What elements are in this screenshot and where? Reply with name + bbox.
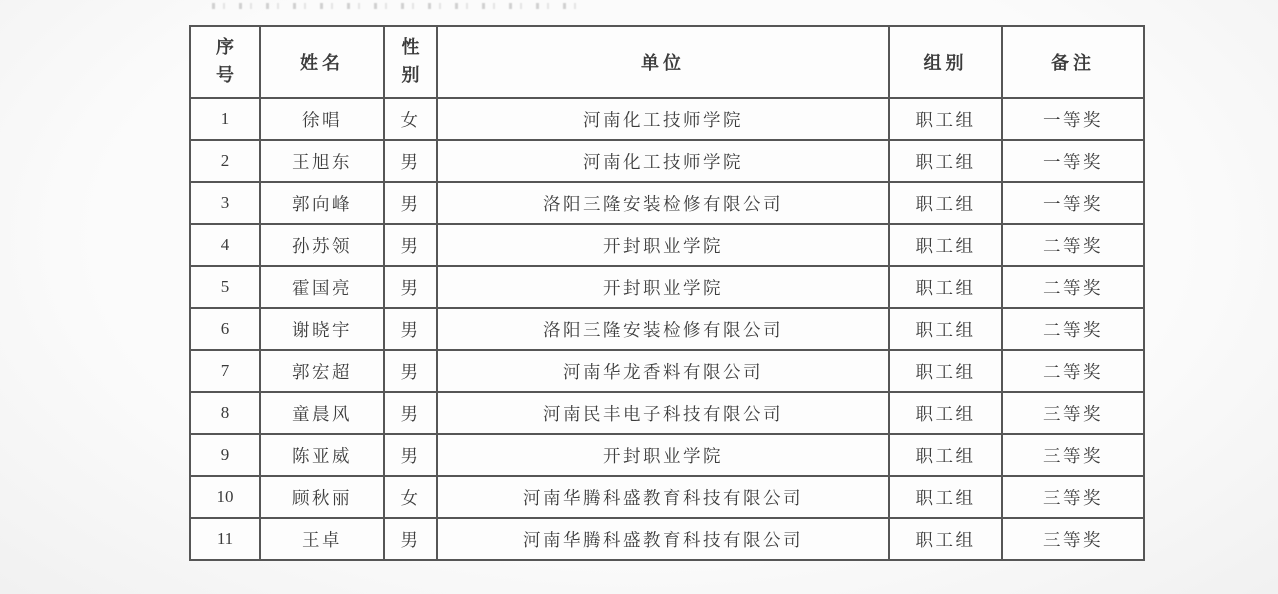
cell-remark: 一等奖 bbox=[1002, 98, 1144, 140]
cell-unit: 河南华龙香料有限公司 bbox=[437, 350, 889, 392]
cell-group: 职工组 bbox=[889, 98, 1002, 140]
cell-gender: 男 bbox=[384, 140, 437, 182]
cell-unit: 河南华腾科盛教育科技有限公司 bbox=[437, 476, 889, 518]
cell-name: 陈亚威 bbox=[260, 434, 384, 476]
cell-serial-number: 5 bbox=[190, 266, 260, 308]
table-row: 11 王卓 男 河南华腾科盛教育科技有限公司 职工组 三等奖 bbox=[190, 518, 1144, 560]
cell-serial-number: 8 bbox=[190, 392, 260, 434]
cell-name: 王卓 bbox=[260, 518, 384, 560]
header-gender: 性 别 bbox=[384, 26, 437, 98]
cell-name: 孙苏领 bbox=[260, 224, 384, 266]
cell-unit: 洛阳三隆安装检修有限公司 bbox=[437, 308, 889, 350]
header-serial-number: 序 号 bbox=[190, 26, 260, 98]
cell-remark: 三等奖 bbox=[1002, 392, 1144, 434]
cell-gender: 男 bbox=[384, 266, 437, 308]
cell-remark: 三等奖 bbox=[1002, 434, 1144, 476]
cell-name: 谢晓宇 bbox=[260, 308, 384, 350]
cell-group: 职工组 bbox=[889, 308, 1002, 350]
cell-name: 顾秋丽 bbox=[260, 476, 384, 518]
table-row: 9 陈亚威 男 开封职业学院 职工组 三等奖 bbox=[190, 434, 1144, 476]
cell-gender: 男 bbox=[384, 434, 437, 476]
header-name: 姓名 bbox=[260, 26, 384, 98]
cell-name: 童晨风 bbox=[260, 392, 384, 434]
cell-gender: 男 bbox=[384, 182, 437, 224]
header-group: 组别 bbox=[889, 26, 1002, 98]
table-row: 1 徐唱 女 河南化工技师学院 职工组 一等奖 bbox=[190, 98, 1144, 140]
cell-serial-number: 3 bbox=[190, 182, 260, 224]
cell-name: 徐唱 bbox=[260, 98, 384, 140]
header-unit: 单位 bbox=[437, 26, 889, 98]
table-header: 序 号 姓名 性 别 单位 组别 备注 bbox=[190, 26, 1144, 98]
cell-unit: 洛阳三隆安装检修有限公司 bbox=[437, 182, 889, 224]
table-row: 3 郭向峰 男 洛阳三隆安装检修有限公司 职工组 一等奖 bbox=[190, 182, 1144, 224]
cell-serial-number: 7 bbox=[190, 350, 260, 392]
table-row: 2 王旭东 男 河南化工技师学院 职工组 一等奖 bbox=[190, 140, 1144, 182]
cell-remark: 三等奖 bbox=[1002, 518, 1144, 560]
cell-unit: 河南华腾科盛教育科技有限公司 bbox=[437, 518, 889, 560]
cropped-title-fragment bbox=[212, 3, 590, 9]
cell-group: 职工组 bbox=[889, 140, 1002, 182]
cell-remark: 一等奖 bbox=[1002, 182, 1144, 224]
table-row: 7 郭宏超 男 河南华龙香料有限公司 职工组 二等奖 bbox=[190, 350, 1144, 392]
header-row: 序 号 姓名 性 别 单位 组别 备注 bbox=[190, 26, 1144, 98]
cell-remark: 二等奖 bbox=[1002, 350, 1144, 392]
cell-serial-number: 10 bbox=[190, 476, 260, 518]
cell-gender: 女 bbox=[384, 98, 437, 140]
header-remark: 备注 bbox=[1002, 26, 1144, 98]
cell-gender: 女 bbox=[384, 476, 437, 518]
cell-gender: 男 bbox=[384, 518, 437, 560]
table-body: 1 徐唱 女 河南化工技师学院 职工组 一等奖 2 王旭东 男 河南化工技师学院… bbox=[190, 98, 1144, 560]
cell-unit: 开封职业学院 bbox=[437, 224, 889, 266]
table-row: 4 孙苏领 男 开封职业学院 职工组 二等奖 bbox=[190, 224, 1144, 266]
table-row: 5 霍国亮 男 开封职业学院 职工组 二等奖 bbox=[190, 266, 1144, 308]
cell-group: 职工组 bbox=[889, 518, 1002, 560]
cell-unit: 河南化工技师学院 bbox=[437, 98, 889, 140]
cell-remark: 三等奖 bbox=[1002, 476, 1144, 518]
cell-gender: 男 bbox=[384, 224, 437, 266]
cell-serial-number: 11 bbox=[190, 518, 260, 560]
cell-unit: 河南民丰电子科技有限公司 bbox=[437, 392, 889, 434]
cell-serial-number: 4 bbox=[190, 224, 260, 266]
cell-group: 职工组 bbox=[889, 392, 1002, 434]
cell-unit: 河南化工技师学院 bbox=[437, 140, 889, 182]
cell-group: 职工组 bbox=[889, 266, 1002, 308]
cell-name: 王旭东 bbox=[260, 140, 384, 182]
cell-gender: 男 bbox=[384, 350, 437, 392]
cell-group: 职工组 bbox=[889, 224, 1002, 266]
table-row: 6 谢晓宇 男 洛阳三隆安装检修有限公司 职工组 二等奖 bbox=[190, 308, 1144, 350]
cell-remark: 二等奖 bbox=[1002, 224, 1144, 266]
cell-serial-number: 1 bbox=[190, 98, 260, 140]
cell-remark: 二等奖 bbox=[1002, 308, 1144, 350]
cell-unit: 开封职业学院 bbox=[437, 434, 889, 476]
cell-unit: 开封职业学院 bbox=[437, 266, 889, 308]
table-row: 10 顾秋丽 女 河南华腾科盛教育科技有限公司 职工组 三等奖 bbox=[190, 476, 1144, 518]
cell-remark: 二等奖 bbox=[1002, 266, 1144, 308]
cell-group: 职工组 bbox=[889, 434, 1002, 476]
cell-name: 霍国亮 bbox=[260, 266, 384, 308]
cell-name: 郭向峰 bbox=[260, 182, 384, 224]
cell-gender: 男 bbox=[384, 308, 437, 350]
cell-group: 职工组 bbox=[889, 476, 1002, 518]
cell-remark: 一等奖 bbox=[1002, 140, 1144, 182]
cell-serial-number: 2 bbox=[190, 140, 260, 182]
cell-serial-number: 6 bbox=[190, 308, 260, 350]
cell-group: 职工组 bbox=[889, 350, 1002, 392]
cell-name: 郭宏超 bbox=[260, 350, 384, 392]
cell-serial-number: 9 bbox=[190, 434, 260, 476]
award-results-table: 序 号 姓名 性 别 单位 组别 备注 1 徐唱 女 河南化工技师学院 职工组 … bbox=[189, 25, 1145, 561]
cell-group: 职工组 bbox=[889, 182, 1002, 224]
cell-gender: 男 bbox=[384, 392, 437, 434]
table-row: 8 童晨风 男 河南民丰电子科技有限公司 职工组 三等奖 bbox=[190, 392, 1144, 434]
